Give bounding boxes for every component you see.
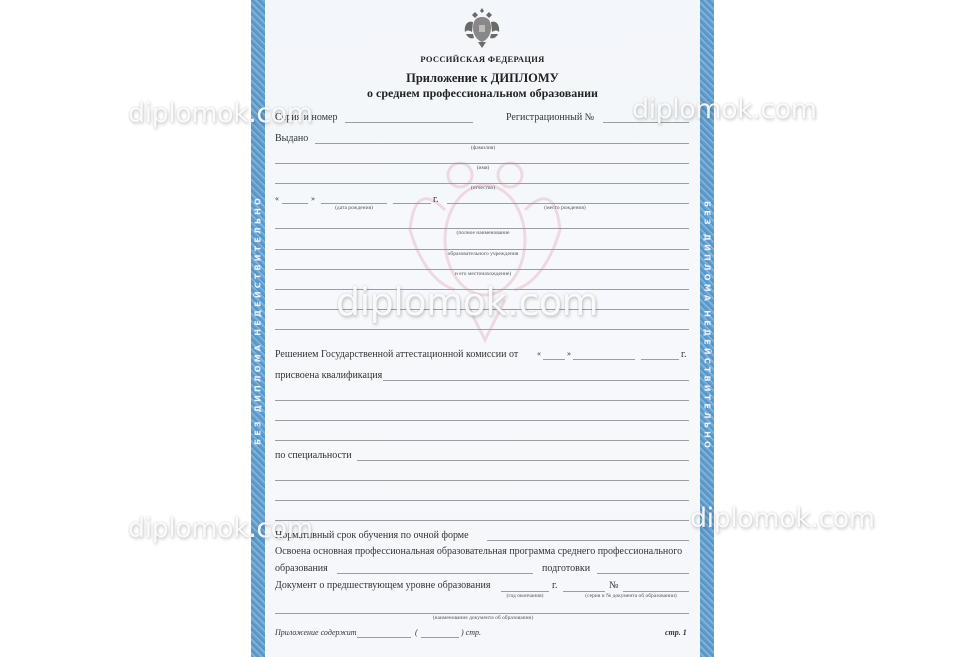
pages-words-field[interactable] — [421, 637, 459, 638]
birth-year-field[interactable] — [393, 203, 431, 204]
specialty-field-1[interactable] — [357, 460, 689, 461]
specialty-label: по специальности — [275, 450, 352, 461]
reg-number-label: Регистрационный № — [506, 112, 594, 123]
number-sign: № — [609, 580, 619, 591]
commission-label: Решением Государственной аттестационной … — [275, 349, 518, 360]
program-level-field[interactable] — [337, 573, 533, 574]
commission-month-field[interactable] — [573, 359, 635, 360]
study-term-field[interactable] — [487, 540, 689, 541]
commission-open-quote: « — [537, 349, 541, 358]
surname-caption: (фамилия) — [471, 145, 495, 151]
doc-name-caption: (наименование документа об образовании) — [433, 615, 534, 621]
surname-field[interactable] — [315, 143, 689, 144]
country-heading: РОССИЙСКАЯ ФЕДЕРАЦИЯ — [265, 54, 700, 64]
program-label-2: образования — [275, 563, 328, 574]
birth-place-field[interactable] — [447, 203, 689, 204]
doc-name-field[interactable] — [275, 613, 689, 614]
name-caption: (имя) — [477, 165, 490, 171]
institution-field-2[interactable] — [275, 249, 689, 250]
specialty-field-4[interactable] — [275, 520, 689, 521]
program-training-field[interactable] — [597, 573, 689, 574]
commission-year-field[interactable] — [641, 359, 679, 360]
specialty-field-2[interactable] — [275, 480, 689, 481]
watermark-bottom-left: diplomok.com — [128, 513, 313, 544]
page-number: стр. 1 — [665, 628, 687, 637]
doc-number-field[interactable] — [623, 591, 689, 592]
program-label: Освоена основная профессиональная образо… — [275, 546, 682, 557]
commission-close-quote: » — [567, 349, 571, 358]
pages-suffix: ) стр. — [461, 628, 481, 637]
commission-day-field[interactable] — [543, 359, 565, 360]
series-field[interactable] — [345, 122, 473, 123]
institution-caption-1: (полное наименование — [456, 230, 509, 236]
birth-day-close-quote: » — [311, 194, 315, 203]
grad-year-suffix: г. — [552, 580, 557, 591]
institution-field-6[interactable] — [275, 329, 689, 330]
border-text-right: БЕЗ ДИПЛОМА НЕДЕЙСТВИТЕЛЬНО — [703, 201, 712, 451]
doc-series-caption: (серия и № документа об образовании) — [585, 593, 676, 599]
qualification-field-2[interactable] — [275, 400, 689, 401]
institution-field-1[interactable] — [275, 228, 689, 229]
patronymic-field[interactable] — [275, 183, 689, 184]
birth-month-field[interactable] — [321, 203, 387, 204]
birth-date-caption: (дата рождения) — [335, 205, 373, 211]
prev-doc-label: Документ о предшествующем уровне образов… — [275, 580, 490, 591]
watermark-center: diplomok.com — [336, 280, 598, 324]
border-text-left: БЕЗ ДИПЛОМА НЕДЕЙСТВИТЕЛЬНО — [254, 195, 263, 445]
specialty-field-3[interactable] — [275, 500, 689, 501]
grad-year-caption: (год окончания) — [506, 593, 543, 599]
pages-paren-open: ( — [415, 628, 418, 637]
contains-label: Приложение содержит — [275, 628, 357, 637]
watermark-top-left: diplomok.com — [128, 98, 313, 129]
doc-series-field[interactable] — [563, 591, 605, 592]
institution-field-3[interactable] — [275, 269, 689, 270]
issued-label: Выдано — [275, 133, 308, 144]
birth-day-open-quote: « — [275, 194, 279, 203]
patronymic-caption: (отчество) — [471, 185, 495, 191]
institution-caption-3: и его местонахождение) — [455, 271, 511, 277]
watermark-top-right: diplomok.com — [632, 94, 817, 125]
birth-year-suffix: г. — [433, 194, 438, 205]
birth-day-field[interactable] — [282, 203, 308, 204]
grad-year-field[interactable] — [501, 591, 549, 592]
watermark-bottom-right: diplomok.com — [690, 503, 875, 534]
qualification-field-3[interactable] — [275, 420, 689, 421]
qualification-field-4[interactable] — [275, 440, 689, 441]
institution-caption-2: образовательного учреждения — [448, 251, 519, 257]
pages-count-field[interactable] — [357, 637, 411, 638]
qualification-label: присвоена квалификация — [275, 370, 382, 381]
qualification-field-1[interactable] — [383, 380, 689, 381]
birth-place-caption: (место рождения) — [544, 205, 585, 211]
document-title: Приложение к ДИПЛОМУ — [265, 71, 700, 86]
name-field[interactable] — [275, 163, 689, 164]
commission-year-suffix: г. — [681, 349, 686, 360]
coat-of-arms-icon — [463, 8, 501, 48]
program-label-3: подготовки — [542, 563, 590, 574]
